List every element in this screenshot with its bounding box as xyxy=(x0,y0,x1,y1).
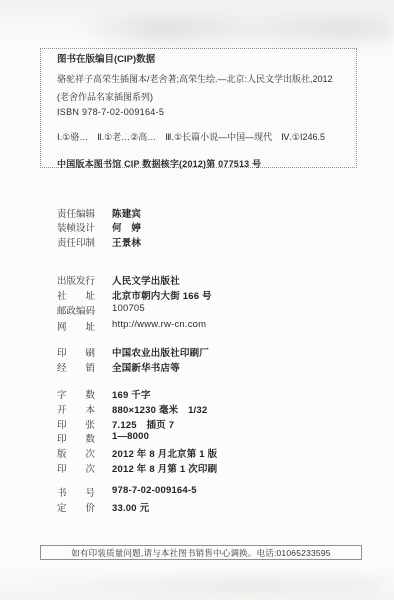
field-value: 100705 xyxy=(112,303,145,314)
field-label: 版 次 xyxy=(57,446,96,460)
cip-data-box: 图书在版编目(CIP)数据 骆驼祥子高荣生插图本/老舍著;高荣生绘.—北京:人民… xyxy=(40,48,357,168)
field-label: 开 本 xyxy=(57,402,96,416)
quality-notice-bar: 如有印装质量问题,请与本社图书销售中心调换。电话:01065233595 xyxy=(40,545,362,560)
staff-row-printing-supervisor: 责任印制 王景林 xyxy=(57,235,141,249)
cip-record-number: 中国版本图书馆 CIP 数据核字(2012)第 077513 号 xyxy=(57,158,348,170)
edition-row: 版 次 2012 年 8 月北京第 1 版 xyxy=(57,446,217,461)
field-value: 1—8000 xyxy=(112,431,149,442)
staff-section: 责任编辑 陈建宾 装帧设计 何 婷 责任印制 王景林 xyxy=(57,206,141,249)
field-label: 书 号 xyxy=(57,485,96,499)
field-label: 邮政编码 xyxy=(57,303,96,317)
cip-isbn: ISBN 978-7-02-009164-5 xyxy=(57,106,348,118)
book-number-section: 书 号 978-7-02-009164-5 定 价 33.00 元 xyxy=(57,485,197,516)
field-value: 169 千字 xyxy=(112,387,151,401)
cip-classification: Ⅰ.①骆… Ⅱ.①老…②高… Ⅲ.①长篇小说—中国—现代 Ⅳ.①I246.5 xyxy=(57,131,348,143)
field-value: 978-7-02-009164-5 xyxy=(112,485,197,496)
cip-description: 骆驼祥子高荣生插图本/老舍著;高荣生绘.—北京:人民文学出版社,2012 xyxy=(57,73,348,85)
publisher-row: 出版发行 人民文学出版社 xyxy=(57,273,212,288)
field-value: 北京市朝内大街 166 号 xyxy=(112,288,212,302)
field-label: 印 刷 xyxy=(57,345,96,359)
field-value: 7.125 插页 7 xyxy=(112,417,174,431)
field-label: 经 销 xyxy=(57,360,96,374)
cip-series: (老舍作品名家插图系列) xyxy=(57,91,348,103)
field-label: 印 次 xyxy=(57,461,96,475)
field-label: 网 址 xyxy=(57,319,96,333)
copyright-page: 图书在版编目(CIP)数据 骆驼祥子高荣生插图本/老舍著;高荣生绘.—北京:人民… xyxy=(0,0,394,600)
distributor-row: 经 销 全国新华书店等 xyxy=(57,360,209,375)
field-value: 中国农业出版社印刷厂 xyxy=(112,345,209,359)
printer-row: 印 刷 中国农业出版社印刷厂 xyxy=(57,345,209,360)
field-label: 定 价 xyxy=(57,500,96,514)
staff-row-designer: 装帧设计 何 婷 xyxy=(57,220,141,234)
field-label: 出版发行 xyxy=(57,273,96,287)
field-value: 人民文学出版社 xyxy=(112,273,180,287)
field-value: 33.00 元 xyxy=(112,500,149,514)
field-value: 陈建宾 xyxy=(112,206,141,220)
quality-notice-text: 如有印装质量问题,请与本社图书销售中心调换。电话:01065233595 xyxy=(71,547,330,559)
address-row: 社 址 北京市朝内大街 166 号 xyxy=(57,288,212,303)
postcode-row: 邮政编码 100705 xyxy=(57,303,212,318)
field-value: http://www.rw-cn.com xyxy=(112,319,206,330)
field-value: 880×1230 毫米 1/32 xyxy=(112,402,207,416)
field-label: 社 址 xyxy=(57,288,96,302)
field-label: 印 数 xyxy=(57,431,96,445)
publisher-section: 出版发行 人民文学出版社 社 址 北京市朝内大街 166 号 邮政编码 1007… xyxy=(57,273,212,334)
printing-section: 印 刷 中国农业出版社印刷厂 经 销 全国新华书店等 xyxy=(57,345,209,375)
cip-title: 图书在版编目(CIP)数据 xyxy=(57,54,348,66)
field-value: 2012 年 8 月北京第 1 版 xyxy=(112,446,217,460)
specs-section: 字 数 169 千字 开 本 880×1230 毫米 1/32 印 张 7.12… xyxy=(57,387,217,476)
format-row: 开 本 880×1230 毫米 1/32 xyxy=(57,402,217,417)
sheets-row: 印 张 7.125 插页 7 xyxy=(57,417,217,432)
word-count-row: 字 数 169 千字 xyxy=(57,387,217,402)
staff-row-editor: 责任编辑 陈建宾 xyxy=(57,206,141,220)
scan-artifact xyxy=(80,16,394,42)
field-label: 责任印制 xyxy=(57,235,96,249)
price-row: 定 价 33.00 元 xyxy=(57,500,197,515)
impression-row: 印 次 2012 年 8 月第 1 次印刷 xyxy=(57,461,217,476)
field-label: 责任编辑 xyxy=(57,206,96,220)
scan-artifact xyxy=(40,578,380,592)
isbn-row: 书 号 978-7-02-009164-5 xyxy=(57,485,197,500)
field-label: 印 张 xyxy=(57,417,96,431)
print-run-row: 印 数 1—8000 xyxy=(57,431,217,446)
website-row: 网 址 http://www.rw-cn.com xyxy=(57,319,212,334)
field-label: 字 数 xyxy=(57,387,96,401)
field-value: 2012 年 8 月第 1 次印刷 xyxy=(112,461,217,475)
field-value: 全国新华书店等 xyxy=(112,360,180,374)
field-label: 装帧设计 xyxy=(57,220,96,234)
field-value: 王景林 xyxy=(112,235,141,249)
field-value: 何 婷 xyxy=(112,220,141,234)
